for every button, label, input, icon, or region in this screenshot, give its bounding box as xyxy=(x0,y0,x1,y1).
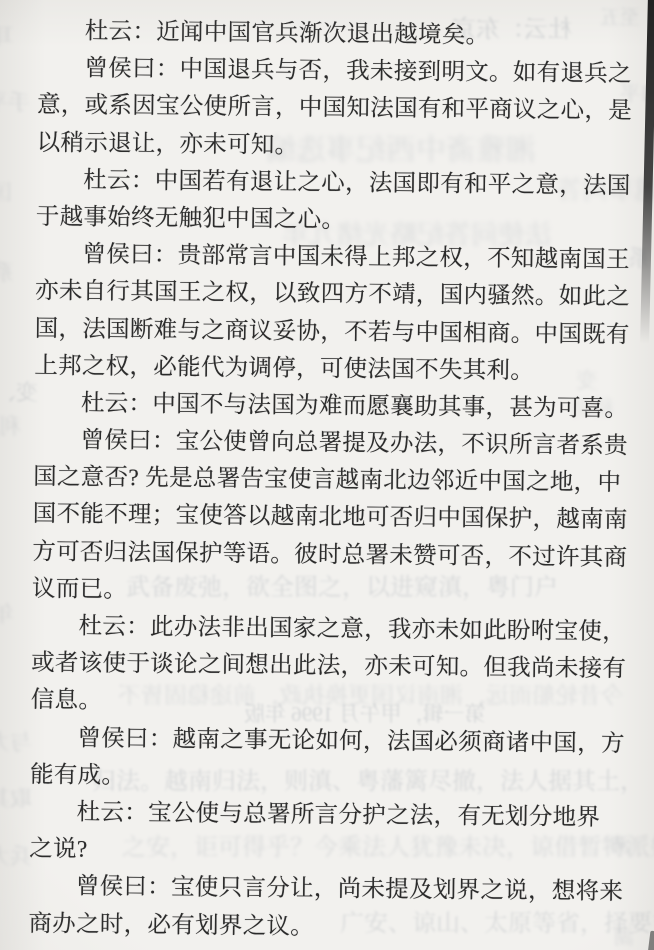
text-line: 于越事始终无触犯中国之心。 xyxy=(36,199,640,243)
bleedthrough-text: 年 xyxy=(0,604,14,626)
text-line: 以稍示退让，亦未可知。 xyxy=(36,125,640,169)
bleedthrough-text: 变、 xyxy=(0,382,38,404)
text-line: 杜云：近闻中国官兵渐次退出越境矣。 xyxy=(38,13,642,57)
text-line: 曾侯曰：贵部常言中国未得上邦之权，不知越南国王 xyxy=(35,236,639,280)
bleedthrough-text: 系 xyxy=(0,262,14,284)
text-line: 商办之时，必有划界之议。 xyxy=(28,905,632,949)
text-line: 能有成。 xyxy=(30,757,634,801)
text-line: 杜云：中国不与法国为难而愿襄助其事，甚为可喜。 xyxy=(34,385,638,429)
text-line: 曾侯曰：宝公使曾向总署提及办法，不识所言者系贵 xyxy=(33,422,637,466)
bleedthrough-text: 取其 xyxy=(0,788,32,810)
text-line: 国之意否? 先是总署告宝使言越南北边邻近中国之地，中 xyxy=(33,459,637,503)
text-line: 议而已。 xyxy=(32,571,636,615)
bleedthrough-text: 与力 xyxy=(0,732,32,754)
bleedthrough-text: 耳 xyxy=(0,26,14,48)
text-line: 方可否归法国保护等语。彼时总署未赞可否，不过许其商 xyxy=(32,534,636,578)
scanned-page: 杜云：东京至五和平湘雅斋中西纪事选编越事问答法使问答纪略光绪九年系变稍助武备废弛… xyxy=(0,0,654,950)
bleedthrough-text: 兵大 xyxy=(0,846,32,868)
text-line: 曾侯曰：中国退兵与否，我未接到明文。如有退兵之 xyxy=(37,50,641,94)
scan-corner-mark xyxy=(648,931,654,950)
scan-edge-shadow xyxy=(640,0,654,344)
text-line: 或者该使于谈论之间想出此法，亦未可知。但我尚未接有 xyxy=(31,645,635,689)
text-line: 曾侯曰：宝使只言分让，尚未提及划界之说，想将来 xyxy=(29,868,633,912)
dialogue-text: 杜云：近闻中国官兵渐次退出越境矣。曾侯曰：中国退兵与否，我未接到明文。如有退兵之… xyxy=(28,13,642,949)
text-line: 杜云：宝公使与总署所言分护之法，有无划分地界 xyxy=(29,794,633,838)
text-line: 之说? xyxy=(29,831,633,875)
bleedthrough-text: 利, xyxy=(0,416,22,438)
bleedthrough-text: 国 xyxy=(0,182,12,204)
text-line: 信息。 xyxy=(31,682,635,726)
text-line: 意，或系因宝公使所言，中国知法国有和平商议之心，是 xyxy=(37,87,641,131)
text-line: 国不能不理；宝使答以越南北地可否归中国保护，越南南 xyxy=(33,496,637,540)
text-line: 国，法国断难与之商议妥协，不若与中国相商。中国既有 xyxy=(34,310,638,354)
text-line: 杜云：中国若有退让之心，法国即有和平之意，法国 xyxy=(36,162,640,206)
text-line: 杜云：此办法非出国家之意，我亦未如此盼咐宝使， xyxy=(31,608,635,652)
text-line: 上邦之权，必能代为调停，可使法国不失其利。 xyxy=(34,348,638,392)
bleedthrough-text: 手平 xyxy=(0,92,30,114)
text-line: 曾侯曰：越南之事无论如何，法国必须商诸中国，方 xyxy=(30,720,634,764)
text-line: 亦未自行其国王之权，以致四方不靖，国内骚然。如此之 xyxy=(35,273,639,317)
